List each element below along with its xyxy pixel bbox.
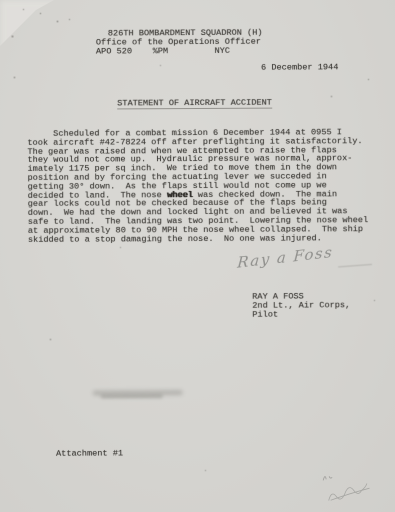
- pencil-smudge-streak: [101, 394, 163, 398]
- document-page: 826TH BOMBARDMENT SQUADRON (H) Office of…: [0, 0, 395, 512]
- document-content: 826TH BOMBARDMENT SQUADRON (H) Office of…: [0, 0, 395, 512]
- letterhead: 826TH BOMBARDMENT SQUADRON (H) Office of…: [0, 0, 394, 1]
- signature-flourish: [338, 264, 372, 268]
- statement-body: Scheduled for a combat mission 6 Decembe…: [27, 128, 368, 244]
- document-title: STATEMENT OF AIRCRAFT ACCIDENT: [117, 99, 272, 110]
- handwritten-signature: Ray a Foss: [237, 243, 334, 272]
- attachment-note: Attachment #1: [56, 449, 123, 458]
- pencil-scribble-icon: [314, 469, 386, 507]
- overstruck-word: wheel: [167, 191, 193, 200]
- document-date: 6 December 1944: [261, 63, 338, 72]
- signature-block: RAY A FOSS 2nd Lt., Air Corps, Pilot: [252, 292, 350, 319]
- signer-role: Pilot: [252, 310, 350, 319]
- pencil-smudge: [93, 386, 187, 402]
- letterhead-apo-line: APO 520 %PM NYC: [96, 47, 230, 56]
